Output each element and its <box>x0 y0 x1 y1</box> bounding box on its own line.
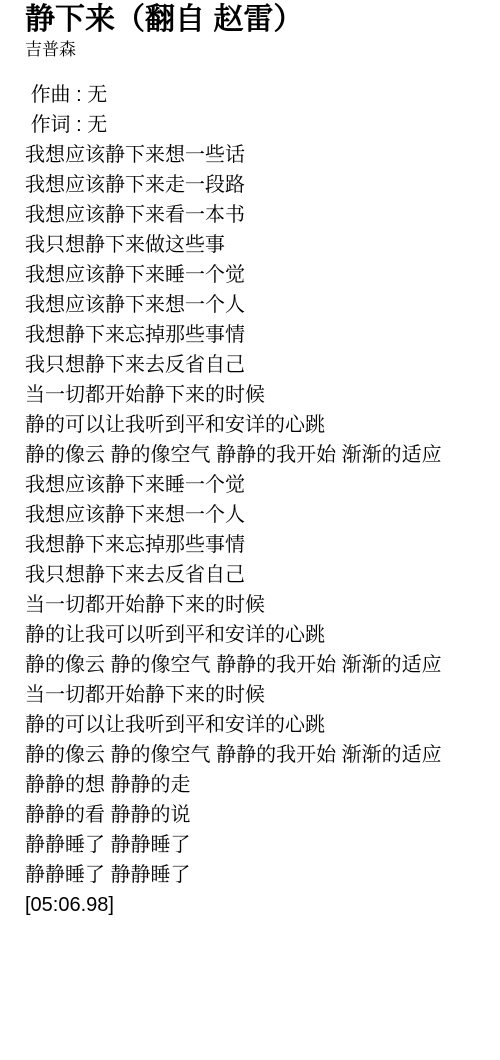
lyric-line: [05:06.98] <box>25 890 490 920</box>
lyric-line: 我只想静下来做这些事 <box>25 230 490 260</box>
lyric-line: 当一切都开始静下来的时候 <box>25 590 490 620</box>
lyric-line: 我只想静下来去反省自己 <box>25 560 490 590</box>
lyric-line: 静静睡了 静静睡了 <box>25 830 490 860</box>
lyric-line: 我想应该静下来想一些话 <box>25 140 490 170</box>
lyric-line: 我想应该静下来想一个人 <box>25 290 490 320</box>
lyric-line: 作词 : 无 <box>25 110 490 140</box>
lyric-line: 我想应该静下来想一个人 <box>25 500 490 530</box>
lyric-line: 静静的想 静静的走 <box>25 770 490 800</box>
lyric-line: 我想静下来忘掉那些事情 <box>25 530 490 560</box>
lyric-line: 我想应该静下来走一段路 <box>25 170 490 200</box>
lyric-line: 作曲 : 无 <box>25 80 490 110</box>
lyric-line: 静的像云 静的像空气 静静的我开始 渐渐的适应 <box>25 440 490 470</box>
lyric-line: 我想应该静下来睡一个觉 <box>25 470 490 500</box>
lyric-line: 静静睡了 静静睡了 <box>25 860 490 890</box>
lyric-line: 静的可以让我听到平和安详的心跳 <box>25 710 490 740</box>
artist-name: 吉普森 <box>25 40 490 60</box>
lyric-line: 静的可以让我听到平和安详的心跳 <box>25 410 490 440</box>
lyric-line: 当一切都开始静下来的时候 <box>25 380 490 410</box>
song-title: 静下来（翻自 赵雷） <box>25 2 490 38</box>
lyric-line: 我只想静下来去反省自己 <box>25 350 490 380</box>
lyric-line: 静的让我可以听到平和安详的心跳 <box>25 620 490 650</box>
lyrics-page: 静下来（翻自 赵雷） 吉普森 作曲 : 无 作词 : 无我想应该静下来想一些话我… <box>0 0 500 920</box>
lyric-line: 我想应该静下来看一本书 <box>25 200 490 230</box>
lyric-line: 我想静下来忘掉那些事情 <box>25 320 490 350</box>
lyrics-list: 作曲 : 无 作词 : 无我想应该静下来想一些话我想应该静下来走一段路我想应该静… <box>25 80 490 920</box>
lyric-line: 静静的看 静静的说 <box>25 800 490 830</box>
lyric-line: 静的像云 静的像空气 静静的我开始 渐渐的适应 <box>25 740 490 770</box>
lyric-line: 我想应该静下来睡一个觉 <box>25 260 490 290</box>
lyric-line: 静的像云 静的像空气 静静的我开始 渐渐的适应 <box>25 650 490 680</box>
lyric-line: 当一切都开始静下来的时候 <box>25 680 490 710</box>
